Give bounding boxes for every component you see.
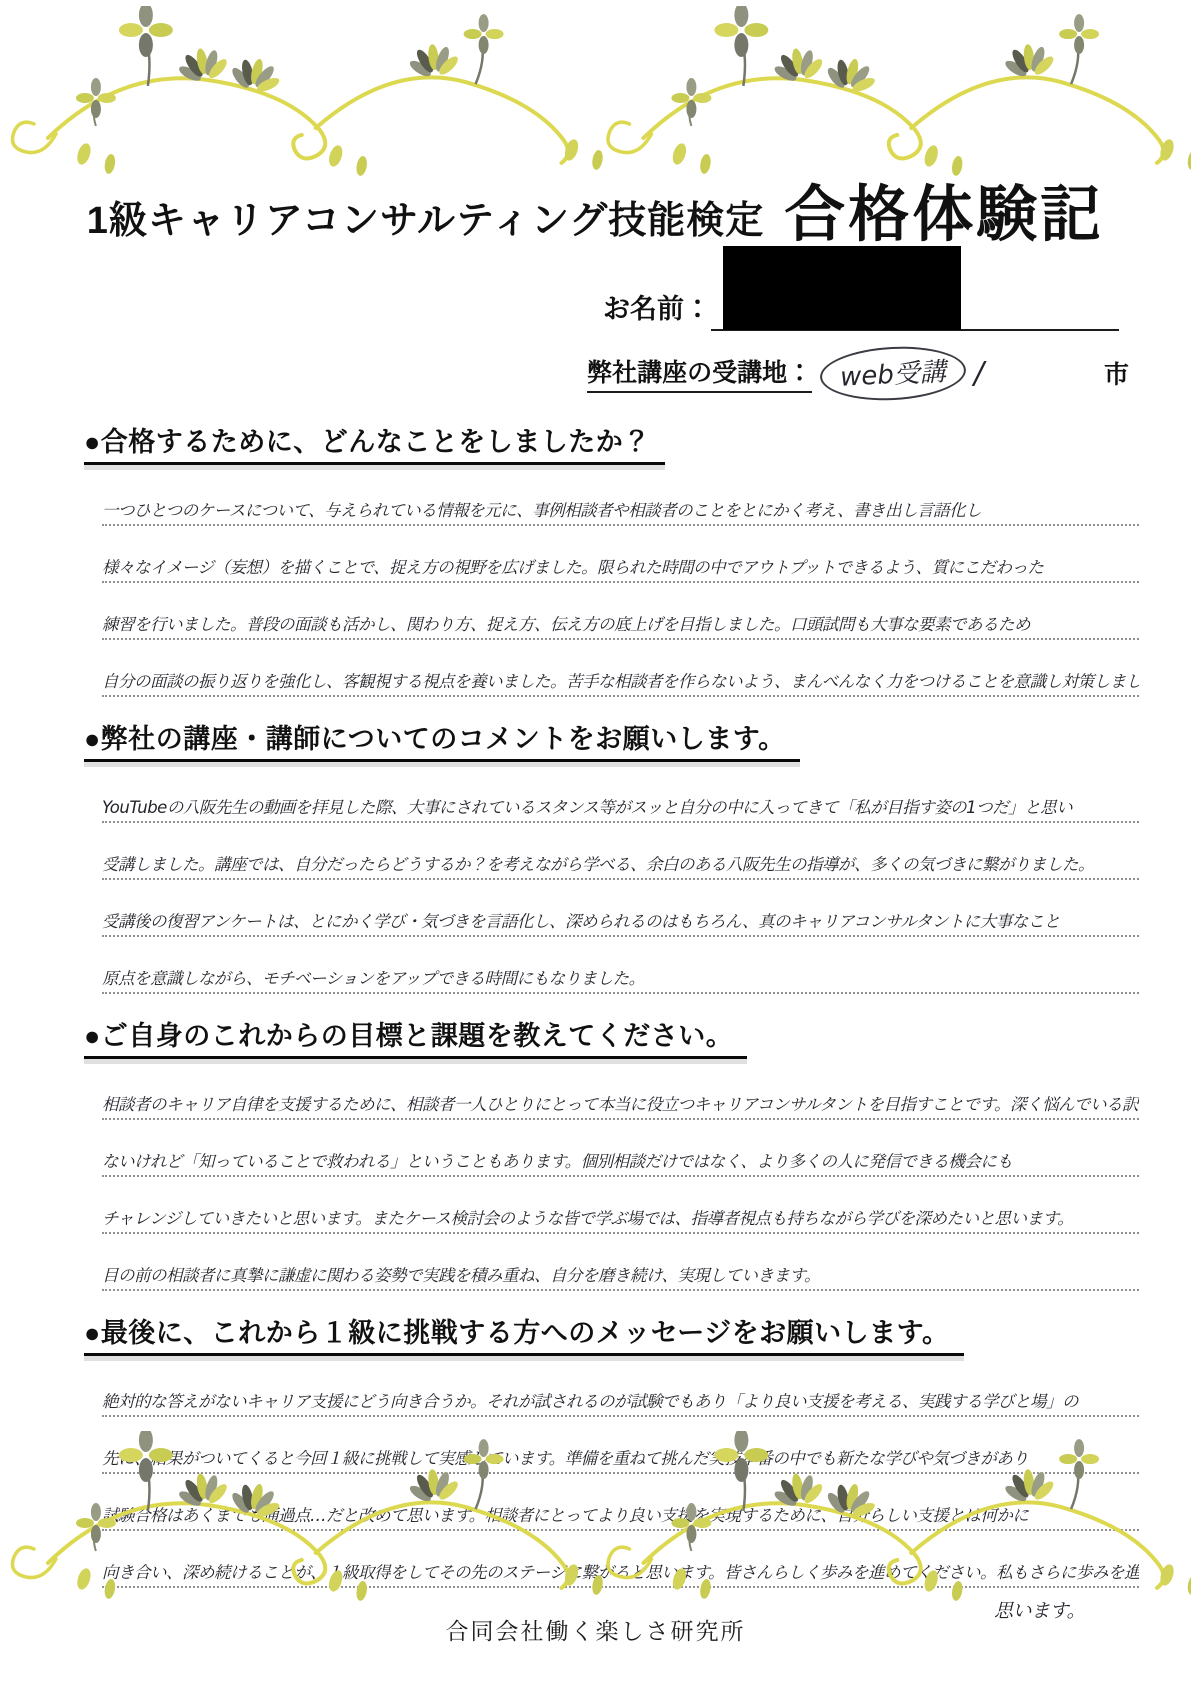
title-main: 合格体験記	[784, 186, 1104, 244]
handwritten-line: 様々なイメージ（妄想）を描くことで、捉え方の視野を広げました。限られた時間の中で…	[102, 526, 1139, 583]
page-footer-block: 合同会社働く楽しさ研究所	[0, 1431, 1191, 1646]
handwritten-line: 一つひとつのケースについて、与えられている情報を元に、事例相談者や相談者のことを…	[102, 469, 1139, 526]
redacted-name-box	[723, 246, 961, 330]
location-slash: /	[974, 356, 984, 391]
handwritten-answer: 相談者のキャリア自律を支援するために、相談者一人ひとりにとって本当に役立つキャリ…	[84, 1063, 1139, 1291]
name-label: お名前：	[603, 287, 711, 331]
location-label: 弊社講座の受講地：	[587, 353, 812, 393]
section-heading: ●合格するために、どんなことをしましたか？	[84, 420, 665, 465]
title-prefix: 1級キャリアコンサルティング技能検定	[87, 189, 765, 244]
section-heading: ●最後に、これから１級に挑戦する方へのメッセージをお願いします。	[84, 1311, 964, 1356]
floral-vine-icon	[0, 6, 1191, 178]
handwritten-line: 受講しました。講座では、自分だったらどうするか？を考えながら学べる、余白のある八…	[102, 823, 1139, 880]
handwritten-line: YouTubeの八阪先生の動画を拝見した際、大事にされているスタンス等がスッと自…	[102, 766, 1139, 823]
web-course-circled-value: web受講	[819, 343, 967, 404]
handwritten-line: 原点を意識しながら、モチベーションをアップできる時間にもなりました。	[102, 937, 1139, 994]
handwritten-line: チャレンジしていきたいと思います。またケース検討会のような皆で学ぶ場では、指導者…	[102, 1177, 1139, 1234]
page-title: 1級キャリアコンサルティング技能検定 合格体験記	[0, 186, 1191, 244]
handwritten-line: 自分の面談の振り返りを強化し、客観視する視点を養いました。苦手な相談者を作らない…	[102, 640, 1139, 697]
scanned-testimonial-page: 1級キャリアコンサルティング技能検定 合格体験記 お名前： 弊社講座の受講地： …	[0, 0, 1191, 1684]
location-city-suffix: 市	[1104, 355, 1129, 391]
handwritten-line: 絶対的な答えがないキャリア支援にどう向き合うか。それが試されるのが試験でもあり「…	[102, 1360, 1139, 1417]
floral-border-bottom	[0, 1431, 1191, 1603]
handwritten-line: 受講後の復習アンケートは、とにかく学び・気づきを言語化し、深められるのはもちろん…	[102, 880, 1139, 937]
handwritten-line: 相談者のキャリア自律を支援するために、相談者一人ひとりにとって本当に役立つキャリ…	[102, 1063, 1139, 1120]
floral-border-top	[0, 6, 1191, 178]
location-row: 弊社講座の受講地： web受講 / 市	[0, 347, 1129, 400]
section-how-did-you-pass: ●合格するために、どんなことをしましたか？ 一つひとつのケースについて、与えられ…	[84, 420, 1139, 697]
handwritten-answer: 一つひとつのケースについて、与えられている情報を元に、事例相談者や相談者のことを…	[84, 469, 1139, 697]
company-name: 合同会社働く楽しさ研究所	[0, 1613, 1191, 1646]
handwritten-line: 目の前の相談者に真摯に謙虚に関わる姿勢で実践を積み重ね、自分を磨き続け、実現して…	[102, 1234, 1139, 1291]
floral-vine-icon	[0, 1431, 1191, 1603]
section-heading: ●弊社の講座・講師についてのコメントをお願いします。	[84, 717, 800, 762]
handwritten-line: 練習を行いました。普段の面談も活かし、関わり方、捉え方、伝え方の底上げを目指しま…	[102, 583, 1139, 640]
section-heading: ●ご自身のこれからの目標と課題を教えてください。	[84, 1014, 747, 1059]
section-course-instructor-comments: ●弊社の講座・講師についてのコメントをお願いします。 YouTubeの八阪先生の…	[84, 717, 1139, 994]
section-future-goals: ●ご自身のこれからの目標と課題を教えてください。 相談者のキャリア自律を支援する…	[84, 1014, 1139, 1291]
handwritten-answer: YouTubeの八阪先生の動画を拝見した際、大事にされているスタンス等がスッと自…	[84, 766, 1139, 994]
handwritten-line: ないけれど「知っていることで救われる」ということもあります。個別相談だけではなく…	[102, 1120, 1139, 1177]
name-field	[711, 246, 1119, 331]
name-row: お名前：	[0, 246, 1119, 331]
